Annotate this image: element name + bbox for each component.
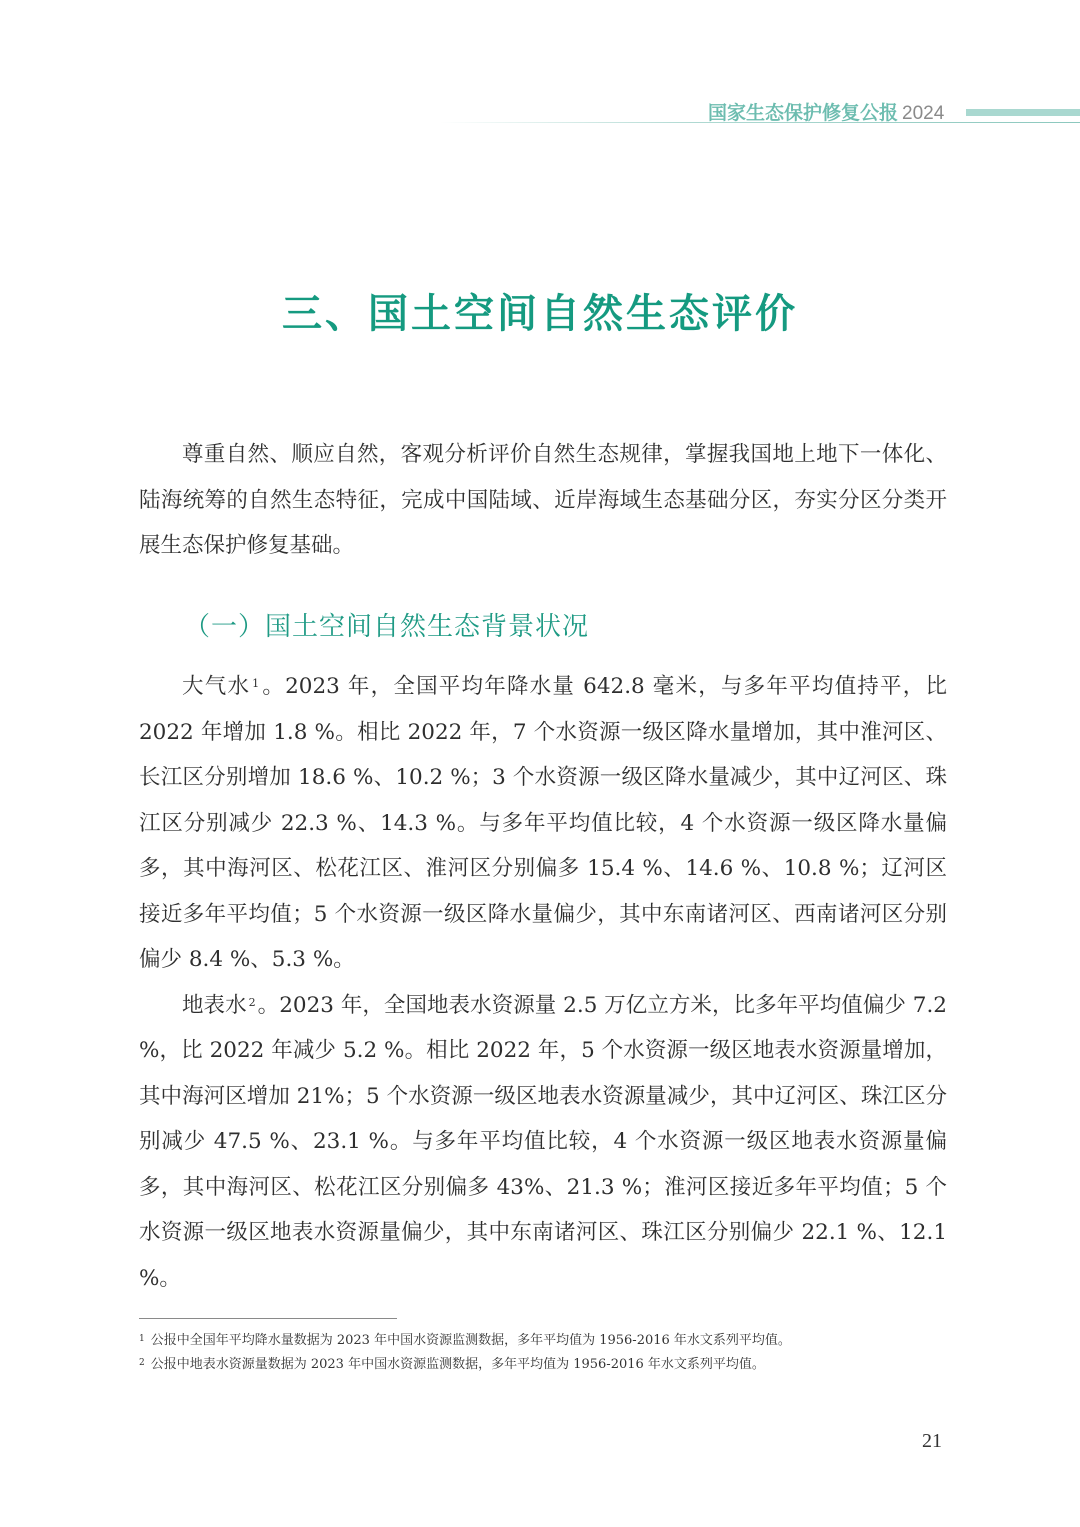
header-title-text: 国家生态保护修复公报 xyxy=(708,102,898,124)
header-publication-title: 国家生态保护修复公报2024 xyxy=(708,98,944,125)
footnote-ref-2[interactable]: 2 xyxy=(249,996,256,1009)
footnote-divider xyxy=(139,1318,397,1319)
section-body: 大气水1。2023 年，全国平均年降水量 642.8 毫米，与多年平均值持平，比… xyxy=(139,664,947,1301)
footnote-mark: 2 xyxy=(139,1358,145,1368)
footnote-text: 公报中地表水资源量数据为 2023 年中国水资源监测数据，多年平均值为 1956… xyxy=(151,1357,765,1372)
intro-paragraph: 尊重自然、顺应自然，客观分析评价自然生态规律，掌握我国地上地下一体化、陆海统筹的… xyxy=(139,432,947,569)
header-accent-bar xyxy=(966,109,1080,116)
running-header: 国家生态保护修复公报2024 xyxy=(0,96,1080,126)
footnote-mark: 1 xyxy=(139,1334,145,1344)
paragraph-text: 。2023 年，全国平均年降水量 642.8 毫米，与多年平均值持平，比 202… xyxy=(139,674,947,972)
footnotes: 1公报中全国年平均降水量数据为 2023 年中国水资源监测数据，多年平均值为 1… xyxy=(139,1329,959,1377)
paragraph-lead: 大气水 xyxy=(182,674,250,699)
footnote-1: 1公报中全国年平均降水量数据为 2023 年中国水资源监测数据，多年平均值为 1… xyxy=(139,1329,959,1353)
footnote-ref-1[interactable]: 1 xyxy=(252,677,259,690)
footnote-text: 公报中全国年平均降水量数据为 2023 年中国水资源监测数据，多年平均值为 19… xyxy=(151,1333,791,1348)
section-title: （一）国土空间自然生态背景状况 xyxy=(184,606,589,643)
paragraph-text: 。2023 年，全国地表水资源量 2.5 万亿立方米，比多年平均值偏少 7.2 … xyxy=(139,993,947,1291)
intro-section: 尊重自然、顺应自然，客观分析评价自然生态规律，掌握我国地上地下一体化、陆海统筹的… xyxy=(139,432,947,569)
footnote-2: 2公报中地表水资源量数据为 2023 年中国水资源监测数据，多年平均值为 195… xyxy=(139,1353,959,1377)
header-year: 2024 xyxy=(902,103,944,124)
paragraph-precipitation: 大气水1。2023 年，全国平均年降水量 642.8 毫米，与多年平均值持平，比… xyxy=(139,664,947,983)
chapter-title: 三、国土空间自然生态评价 xyxy=(0,282,1080,339)
paragraph-lead: 地表水 xyxy=(182,993,247,1018)
paragraph-surface-water: 地表水2。2023 年，全国地表水资源量 2.5 万亿立方米，比多年平均值偏少 … xyxy=(139,983,947,1302)
page-number: 21 xyxy=(922,1430,942,1453)
